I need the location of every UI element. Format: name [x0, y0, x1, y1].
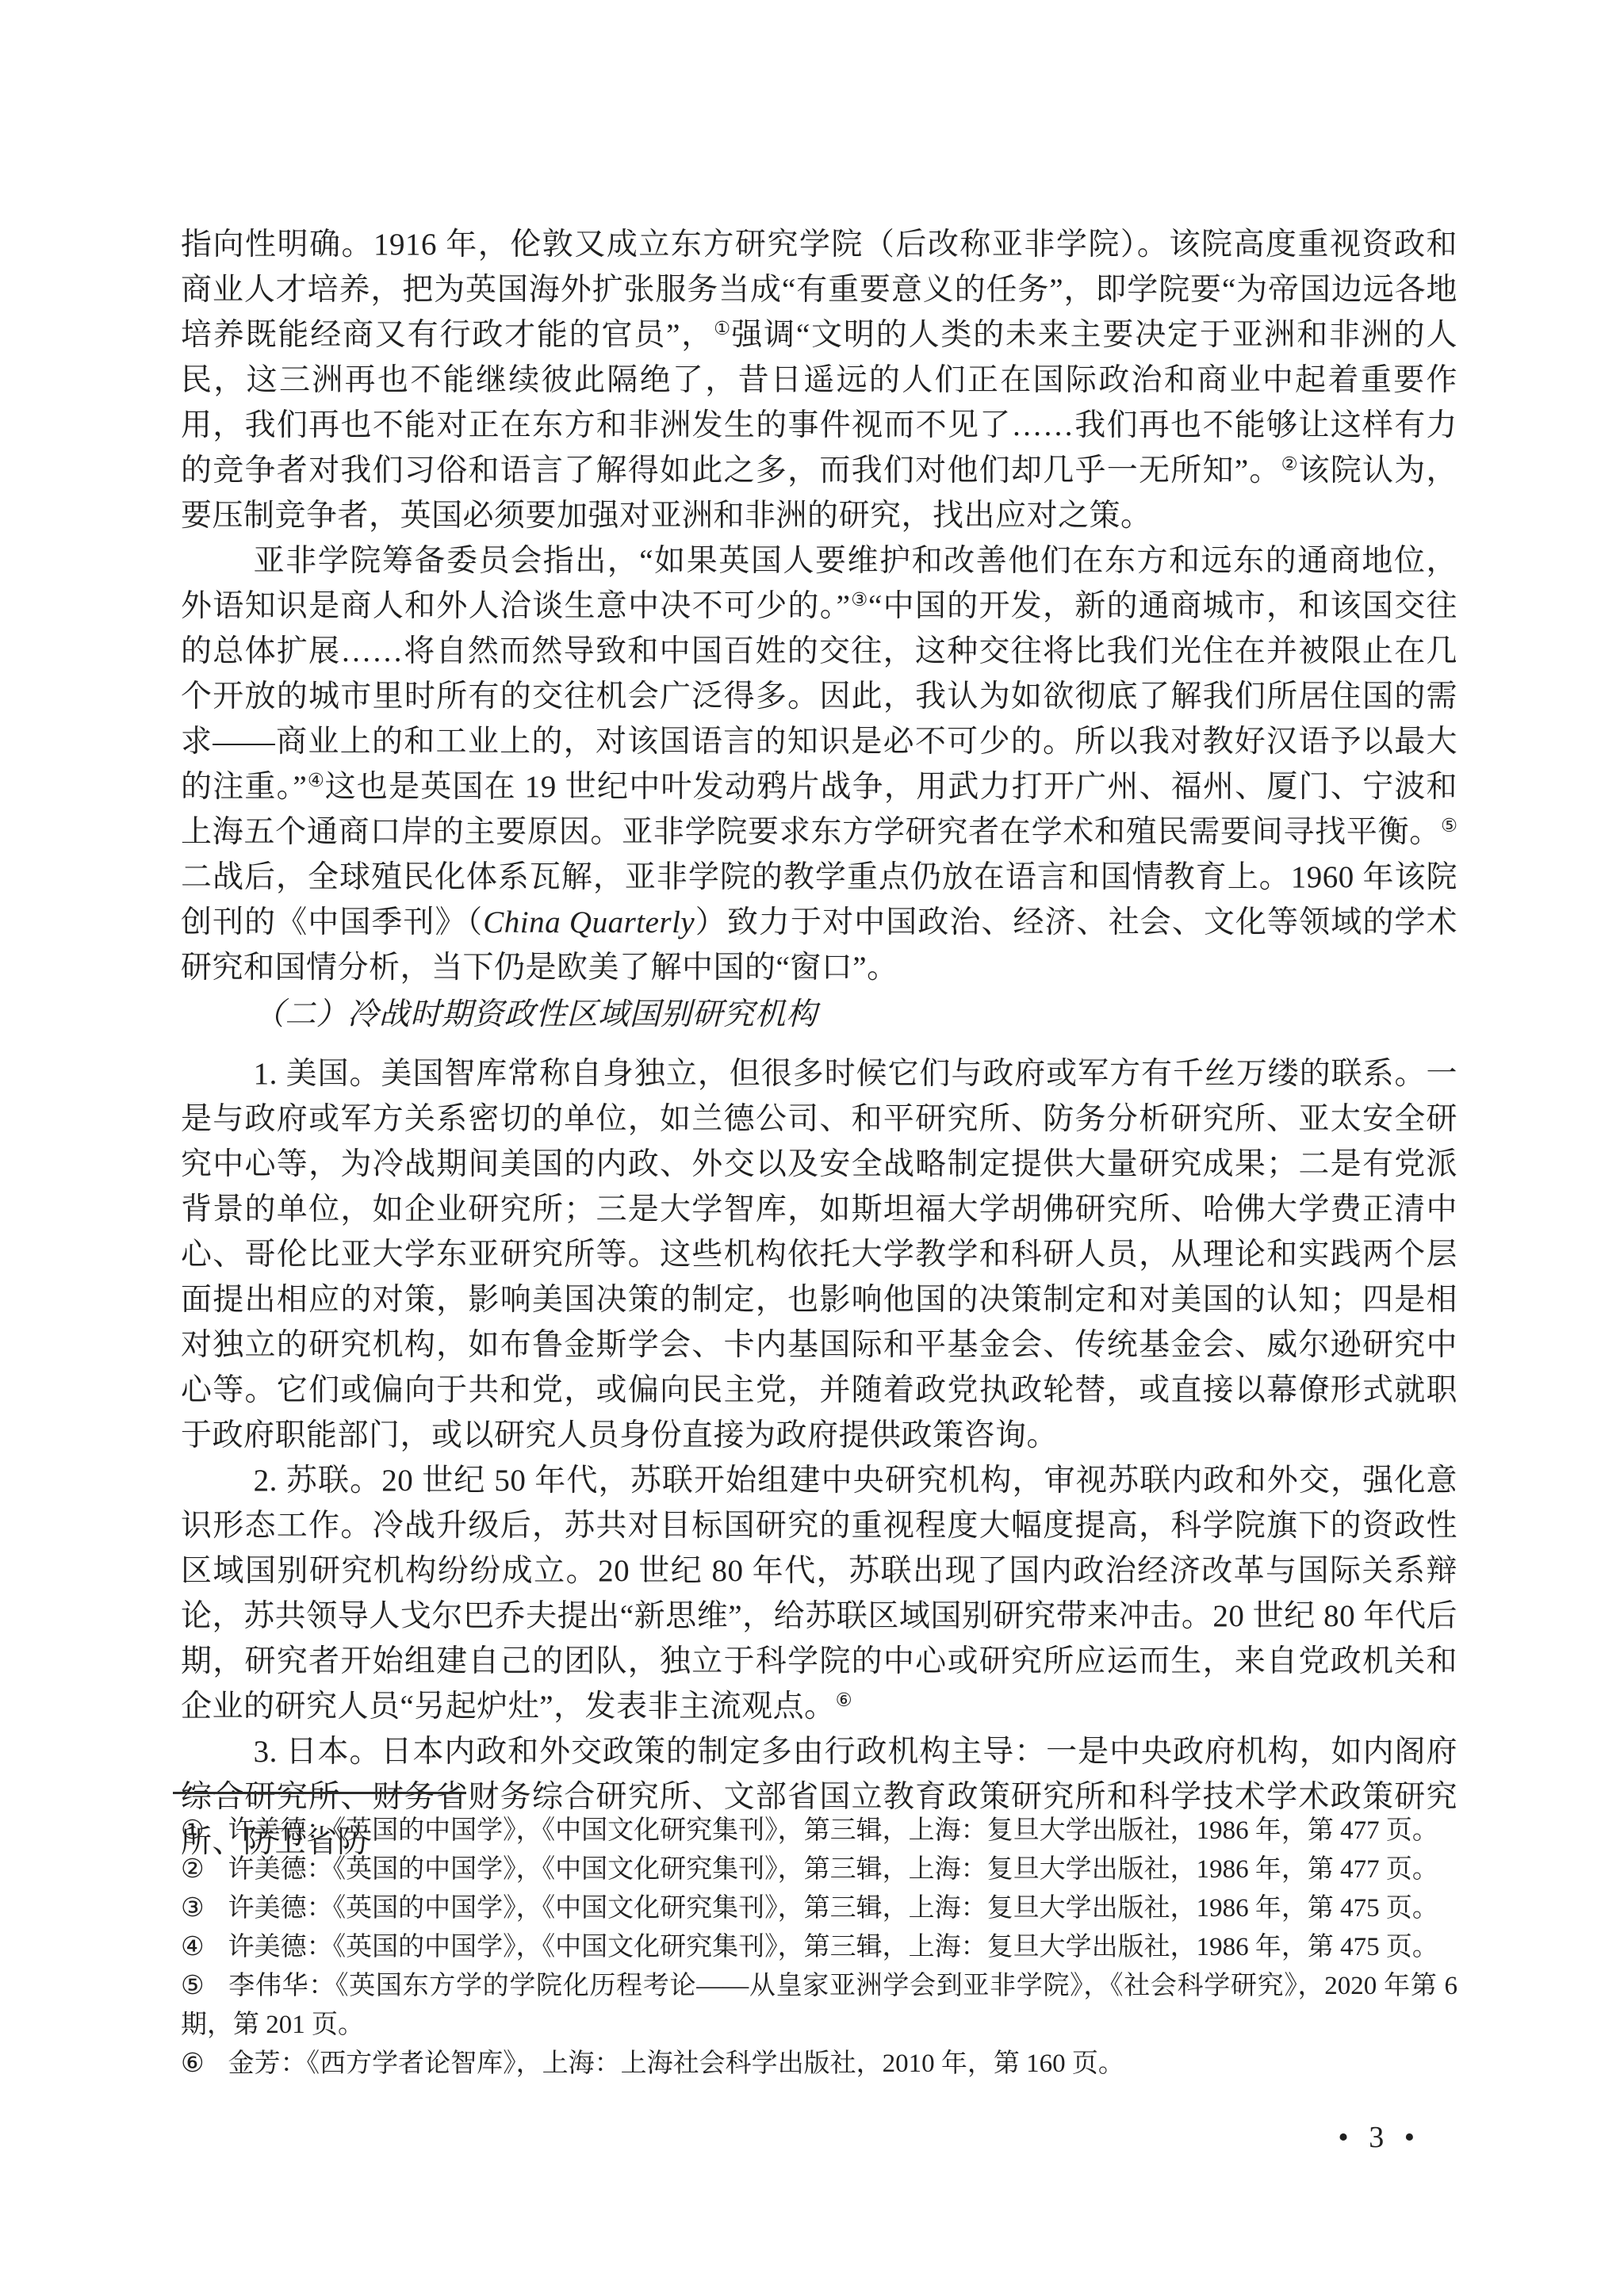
text-run: （二）冷战时期资政性区域国别研究机构	[254, 997, 818, 1031]
footnote-item: ③许美德：《英国的中国学》，《中国文化研究集刊》，第三辑，上海：复旦大学出版社，…	[181, 1889, 1457, 1928]
document-page: 指向性明确。1916 年，伦敦又成立东方研究学院（后改称亚非学院）。该院高度重视…	[0, 0, 1624, 2296]
footnote-separator	[173, 1792, 466, 1794]
footnote-item: ①许美德：《英国的中国学》，《中国文化研究集刊》，第三辑，上海：复旦大学出版社，…	[181, 1812, 1457, 1850]
footnote-ref: ⑤	[1441, 816, 1457, 836]
footnote-marker: ④	[181, 1933, 228, 1961]
footnote-marker: ⑤	[181, 1972, 228, 2000]
footnote-marker: ②	[181, 1855, 228, 1884]
article-body: 指向性明确。1916 年，伦敦又成立东方研究学院（后改称亚非学院）。该院高度重视…	[181, 222, 1457, 1865]
page-number: • 3 •	[1338, 2120, 1421, 2155]
text-run: 这也是英国在 19 世纪中叶发动鸦片战争，用武力打开广州、福州、厦门、宁波和上海…	[181, 770, 1457, 849]
paragraph: 2. 苏联。20 世纪 50 年代，苏联开始组建中央研究机构，审视苏联内政和外交…	[181, 1458, 1457, 1729]
footnote-ref: ④	[307, 771, 324, 791]
latin-italic-text: China Quarterly	[483, 905, 695, 939]
text-run: 2. 苏联。20 世纪 50 年代，苏联开始组建中央研究机构，审视苏联内政和外交…	[181, 1464, 1457, 1724]
footnotes-list: ①许美德：《英国的中国学》，《中国文化研究集刊》，第三辑，上海：复旦大学出版社，…	[181, 1812, 1457, 2084]
paragraph: 指向性明确。1916 年，伦敦又成立东方研究学院（后改称亚非学院）。该院高度重视…	[181, 222, 1457, 538]
footnote-text: 金芳：《西方学者论智库》，上海：上海社会科学出版社，2010 年，第 160 页…	[228, 2049, 1124, 2078]
footnote-marker: ③	[181, 1894, 228, 1923]
footnote-item: ⑥金芳：《西方学者论智库》，上海：上海社会科学出版社，2010 年，第 160 …	[181, 2045, 1457, 2084]
footnote-item: ④许美德：《英国的中国学》，《中国文化研究集刊》，第三辑，上海：复旦大学出版社，…	[181, 1928, 1457, 1967]
text-run: 1. 美国。美国智库常称自身独立，但很多时候它们与政府或军方有千丝万缕的联系。一…	[181, 1057, 1457, 1452]
paragraph: 1. 美国。美国智库常称自身独立，但很多时候它们与政府或军方有千丝万缕的联系。一…	[181, 1051, 1457, 1458]
footnote-ref: ③	[850, 590, 868, 610]
footnote-ref: ⑥	[836, 1690, 852, 1711]
footnote-item: ②许美德：《英国的中国学》，《中国文化研究集刊》，第三辑，上海：复旦大学出版社，…	[181, 1850, 1457, 1889]
footnote-marker: ①	[181, 1816, 228, 1845]
section-heading: （二）冷战时期资政性区域国别研究机构	[181, 992, 1457, 1037]
footnote-text: 许美德：《英国的中国学》，《中国文化研究集刊》，第三辑，上海：复旦大学出版社，1…	[228, 1933, 1438, 1961]
footnote-text: 许美德：《英国的中国学》，《中国文化研究集刊》，第三辑，上海：复旦大学出版社，1…	[228, 1894, 1438, 1923]
footnote-item: ⑤李伟华：《英国东方学的学院化历程考论——从皇家亚洲学会到亚非学院》，《社会科学…	[181, 1967, 1457, 2045]
paragraph: 亚非学院筹备委员会指出，“如果英国人要维护和改善他们在东方和远东的通商地位，外语…	[181, 538, 1457, 990]
footnotes-section: ①许美德：《英国的中国学》，《中国文化研究集刊》，第三辑，上海：复旦大学出版社，…	[181, 1792, 1457, 2084]
footnote-ref: ②	[1281, 454, 1299, 475]
footnote-marker: ⑥	[181, 2049, 228, 2078]
footnote-text: 李伟华：《英国东方学的学院化历程考论——从皇家亚洲学会到亚非学院》，《社会科学研…	[181, 1972, 1457, 2039]
footnote-ref: ①	[714, 319, 731, 339]
footnote-text: 许美德：《英国的中国学》，《中国文化研究集刊》，第三辑，上海：复旦大学出版社，1…	[228, 1816, 1438, 1845]
footnote-text: 许美德：《英国的中国学》，《中国文化研究集刊》，第三辑，上海：复旦大学出版社，1…	[228, 1855, 1438, 1884]
